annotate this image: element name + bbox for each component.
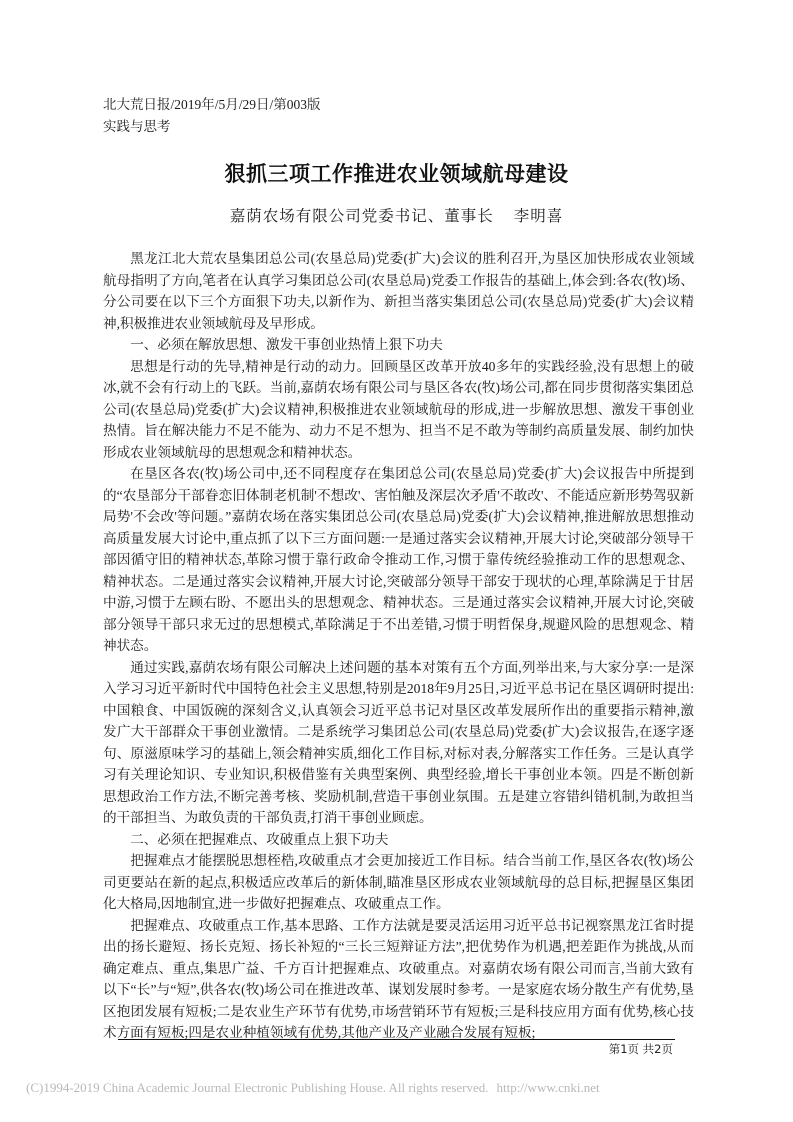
document-header: 北大荒日报/2019年/5月/29日/第003版 实践与思考	[103, 94, 321, 138]
copyright-notice: (C)1994-2019 China Academic Journal Elec…	[26, 1080, 600, 1096]
paragraph: 黑龙江北大荒农垦集团总公司(农垦总局)党委(扩大)会议的胜利召开,为垦区加快形成…	[103, 248, 694, 334]
paragraph: 把握难点才能摆脱思想桎梏,攻破重点才会更加接近工作目标。结合当前工作,垦区各农(…	[103, 850, 694, 915]
column-name: 实践与思考	[103, 116, 321, 138]
article-byline: 嘉荫农场有限公司党委书记、董事长李明喜	[0, 204, 793, 226]
section-heading: 一、必须在解放思想、激发干事创业热情上狠下功夫	[103, 334, 694, 356]
article-body: 黑龙江北大荒农垦集团总公司(农垦总局)党委(扩大)会议的胜利召开,为垦区加快形成…	[103, 248, 694, 1044]
author-name: 李明喜	[514, 208, 564, 225]
source-line: 北大荒日报/2019年/5月/29日/第003版	[103, 94, 321, 116]
paragraph: 在垦区各农(牧)场公司中,还不同程度存在集团总公司(农垦总局)党委(扩大)会议报…	[103, 463, 694, 657]
paragraph: 把握难点、攻破重点工作,基本思路、工作方法就是要灵活运用习近平总书记视察黑龙江省…	[103, 915, 694, 1044]
section-heading: 二、必须在把握难点、攻破重点上狠下功夫	[103, 829, 694, 851]
footer-divider	[118, 1039, 675, 1040]
copyright-text: (C)1994-2019 China Academic Journal Elec…	[26, 1080, 489, 1095]
paragraph: 通过实践,嘉荫农场有限公司解决上述问题的基本对策有五个方面,列举出来,与大家分享…	[103, 657, 694, 829]
article-title: 狠抓三项工作推进农业领域航母建设	[0, 158, 793, 188]
publisher-url[interactable]: http://www.cnki.net	[497, 1080, 600, 1095]
paragraph: 思想是行动的先导,精神是行动的动力。回顾垦区改革开放40多年的实践经验,没有思想…	[103, 356, 694, 464]
author-role: 嘉荫农场有限公司党委书记、董事长	[230, 208, 494, 225]
page-indicator: 第1页 共2页	[609, 1041, 673, 1057]
